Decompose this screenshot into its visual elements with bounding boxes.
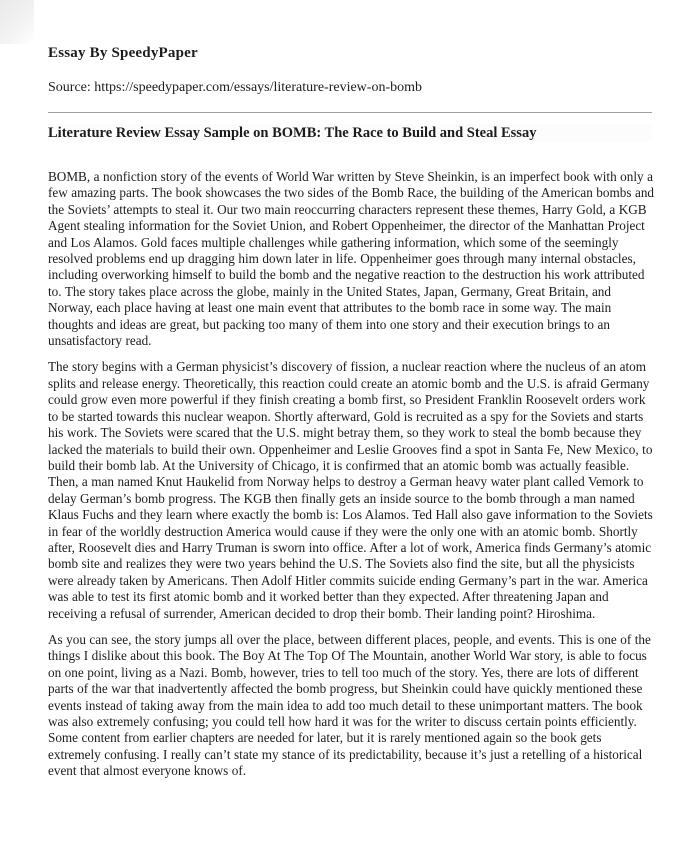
byline: Essay By SpeedyPaper: [48, 44, 652, 62]
essay-page: Essay By SpeedyPaper Source: https://spe…: [0, 0, 700, 780]
source-url: Source: https://speedypaper.com/essays/l…: [48, 79, 652, 96]
essay-paragraph-critique: As you can see, the story jumps all over…: [48, 632, 654, 780]
essay-paragraph-intro: BOMB, a nonfiction story of the events o…: [48, 169, 654, 349]
page-title: Literature Review Essay Sample on BOMB: …: [48, 124, 652, 142]
divider: [48, 112, 652, 113]
essay-body: BOMB, a nonfiction story of the events o…: [48, 169, 652, 780]
essay-paragraph-summary: The story begins with a German physicist…: [48, 359, 654, 622]
document-page: { "document": { "byline": "Essay By Spee…: [0, 0, 700, 850]
